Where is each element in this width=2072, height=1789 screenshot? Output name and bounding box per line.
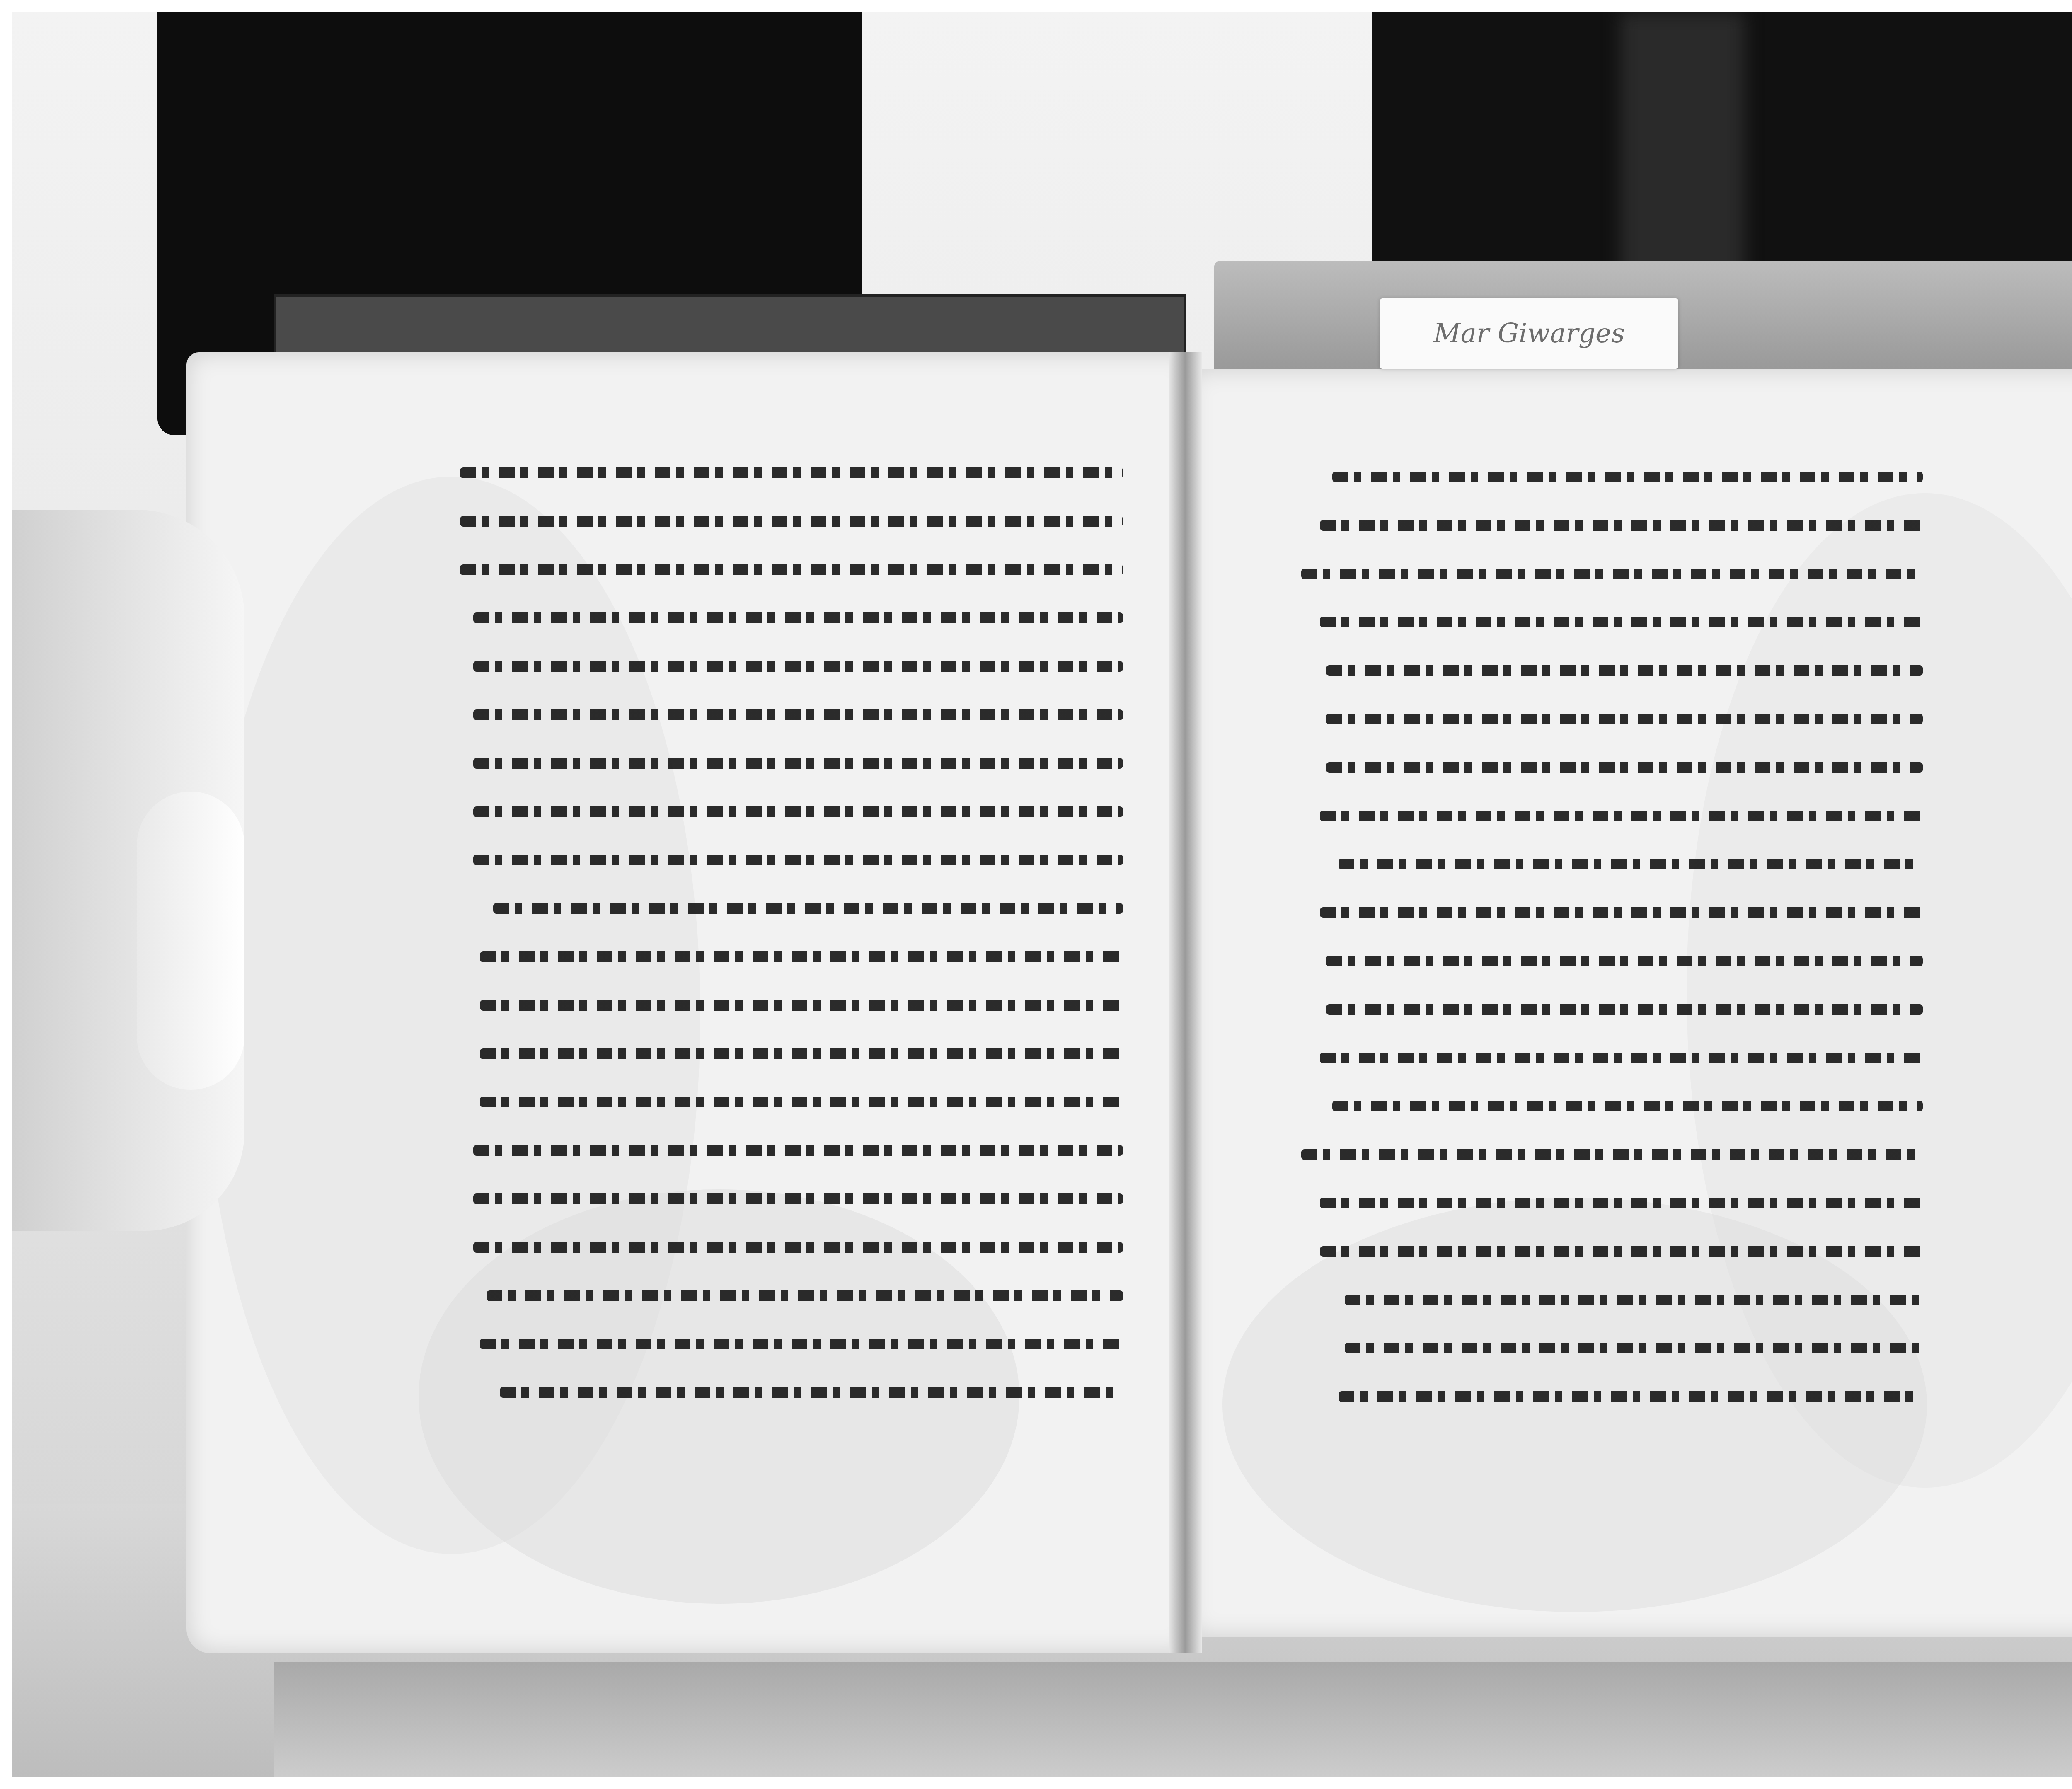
manuscript-line bbox=[1293, 803, 1923, 828]
syriac-script-stroke bbox=[1320, 1246, 1923, 1257]
syriac-script-stroke bbox=[1332, 472, 1923, 482]
syriac-script-stroke bbox=[1332, 1101, 1923, 1111]
manuscript-line bbox=[452, 1138, 1123, 1162]
syriac-script-stroke bbox=[1320, 1053, 1923, 1063]
syriac-script-stroke bbox=[473, 758, 1123, 769]
syriac-script-stroke bbox=[480, 1000, 1123, 1011]
syriac-script-stroke bbox=[473, 1193, 1123, 1204]
syriac-script-stroke bbox=[460, 516, 1123, 527]
syriac-script-stroke bbox=[473, 1145, 1123, 1156]
manuscript-line bbox=[452, 460, 1123, 485]
syriac-script-stroke bbox=[473, 612, 1123, 623]
syriac-script-stroke bbox=[480, 1048, 1123, 1059]
manuscript-line bbox=[452, 1089, 1123, 1114]
syriac-script-stroke bbox=[1320, 617, 1923, 627]
manuscript-line bbox=[1293, 1384, 1923, 1409]
syriac-script-stroke bbox=[1320, 907, 1923, 918]
syriac-script-stroke bbox=[1339, 1391, 1923, 1402]
syriac-script-stroke bbox=[473, 661, 1123, 672]
book-stand bbox=[274, 1662, 2072, 1777]
left-thumb bbox=[137, 792, 244, 1090]
manuscript-line bbox=[452, 508, 1123, 533]
manuscript-line bbox=[1293, 755, 1923, 780]
syriac-script-stroke bbox=[1320, 520, 1923, 531]
manuscript-line bbox=[452, 847, 1123, 872]
manuscript-line bbox=[1293, 997, 1923, 1022]
manuscript-line bbox=[1293, 658, 1923, 683]
manuscript-line bbox=[452, 654, 1123, 678]
syriac-script-stroke bbox=[1326, 665, 1923, 676]
manuscript-line bbox=[452, 1331, 1123, 1356]
manuscript-line bbox=[1293, 1045, 1923, 1070]
syriac-script-stroke bbox=[480, 1097, 1123, 1107]
manuscript-line bbox=[452, 993, 1123, 1017]
manuscript-line bbox=[1293, 561, 1923, 586]
syriac-script-stroke bbox=[487, 1290, 1123, 1301]
manuscript-line bbox=[452, 1235, 1123, 1259]
catalog-label: Mar Giwarges bbox=[1380, 298, 1678, 369]
manuscript-line bbox=[1293, 609, 1923, 634]
syriac-script-stroke bbox=[1326, 1004, 1923, 1015]
label-text: Mar Giwarges bbox=[1433, 318, 1624, 349]
manuscript-line bbox=[452, 702, 1123, 727]
manuscript-line bbox=[1293, 1335, 1923, 1360]
syriac-script-stroke bbox=[1345, 1295, 1923, 1305]
manuscript-line bbox=[452, 750, 1123, 775]
right-page-text bbox=[1293, 464, 1923, 1432]
manuscript-line bbox=[452, 557, 1123, 582]
syriac-script-stroke bbox=[1326, 956, 1923, 966]
manuscript-line bbox=[1293, 851, 1923, 876]
syriac-script-stroke bbox=[1345, 1343, 1923, 1353]
manuscript-line bbox=[452, 1186, 1123, 1211]
manuscript-line bbox=[1293, 464, 1923, 489]
syriac-script-stroke bbox=[1301, 1149, 1923, 1160]
manuscript-line bbox=[1293, 513, 1923, 537]
manuscript-line bbox=[1293, 706, 1923, 731]
syriac-script-stroke bbox=[473, 855, 1123, 865]
syriac-script-stroke bbox=[480, 1339, 1123, 1349]
manuscript-line bbox=[452, 944, 1123, 969]
syriac-script-stroke bbox=[473, 1242, 1123, 1253]
book-spine bbox=[1169, 352, 1202, 1653]
syriac-script-stroke bbox=[493, 903, 1123, 914]
syriac-script-stroke bbox=[1326, 762, 1923, 773]
manuscript-line bbox=[1293, 1190, 1923, 1215]
syriac-script-stroke bbox=[480, 951, 1123, 962]
syriac-script-stroke bbox=[1301, 569, 1923, 579]
manuscript-line bbox=[452, 799, 1123, 824]
manuscript-line bbox=[1293, 1287, 1923, 1312]
syriac-script-stroke bbox=[473, 709, 1123, 720]
syriac-script-stroke bbox=[1320, 811, 1923, 821]
manuscript-line bbox=[1293, 1239, 1923, 1264]
syriac-script-stroke bbox=[1339, 859, 1923, 869]
manuscript-line bbox=[452, 1041, 1123, 1066]
manuscript-line bbox=[452, 1380, 1123, 1404]
syriac-script-stroke bbox=[460, 564, 1123, 575]
manuscript-line bbox=[1293, 1093, 1923, 1118]
syriac-script-stroke bbox=[1320, 1198, 1923, 1208]
manuscript-line bbox=[452, 1283, 1123, 1308]
manuscript-line bbox=[452, 896, 1123, 920]
manuscript-line bbox=[1293, 1142, 1923, 1167]
manuscript-line bbox=[452, 605, 1123, 630]
syriac-script-stroke bbox=[1326, 714, 1923, 724]
left-page-text bbox=[452, 460, 1123, 1428]
syriac-script-stroke bbox=[473, 806, 1123, 817]
manuscript-line bbox=[1293, 900, 1923, 925]
syriac-script-stroke bbox=[460, 467, 1123, 478]
syriac-script-stroke bbox=[500, 1387, 1123, 1398]
manuscript-line bbox=[1293, 948, 1923, 973]
photo-frame: Mar Giwarges bbox=[12, 12, 2072, 1777]
